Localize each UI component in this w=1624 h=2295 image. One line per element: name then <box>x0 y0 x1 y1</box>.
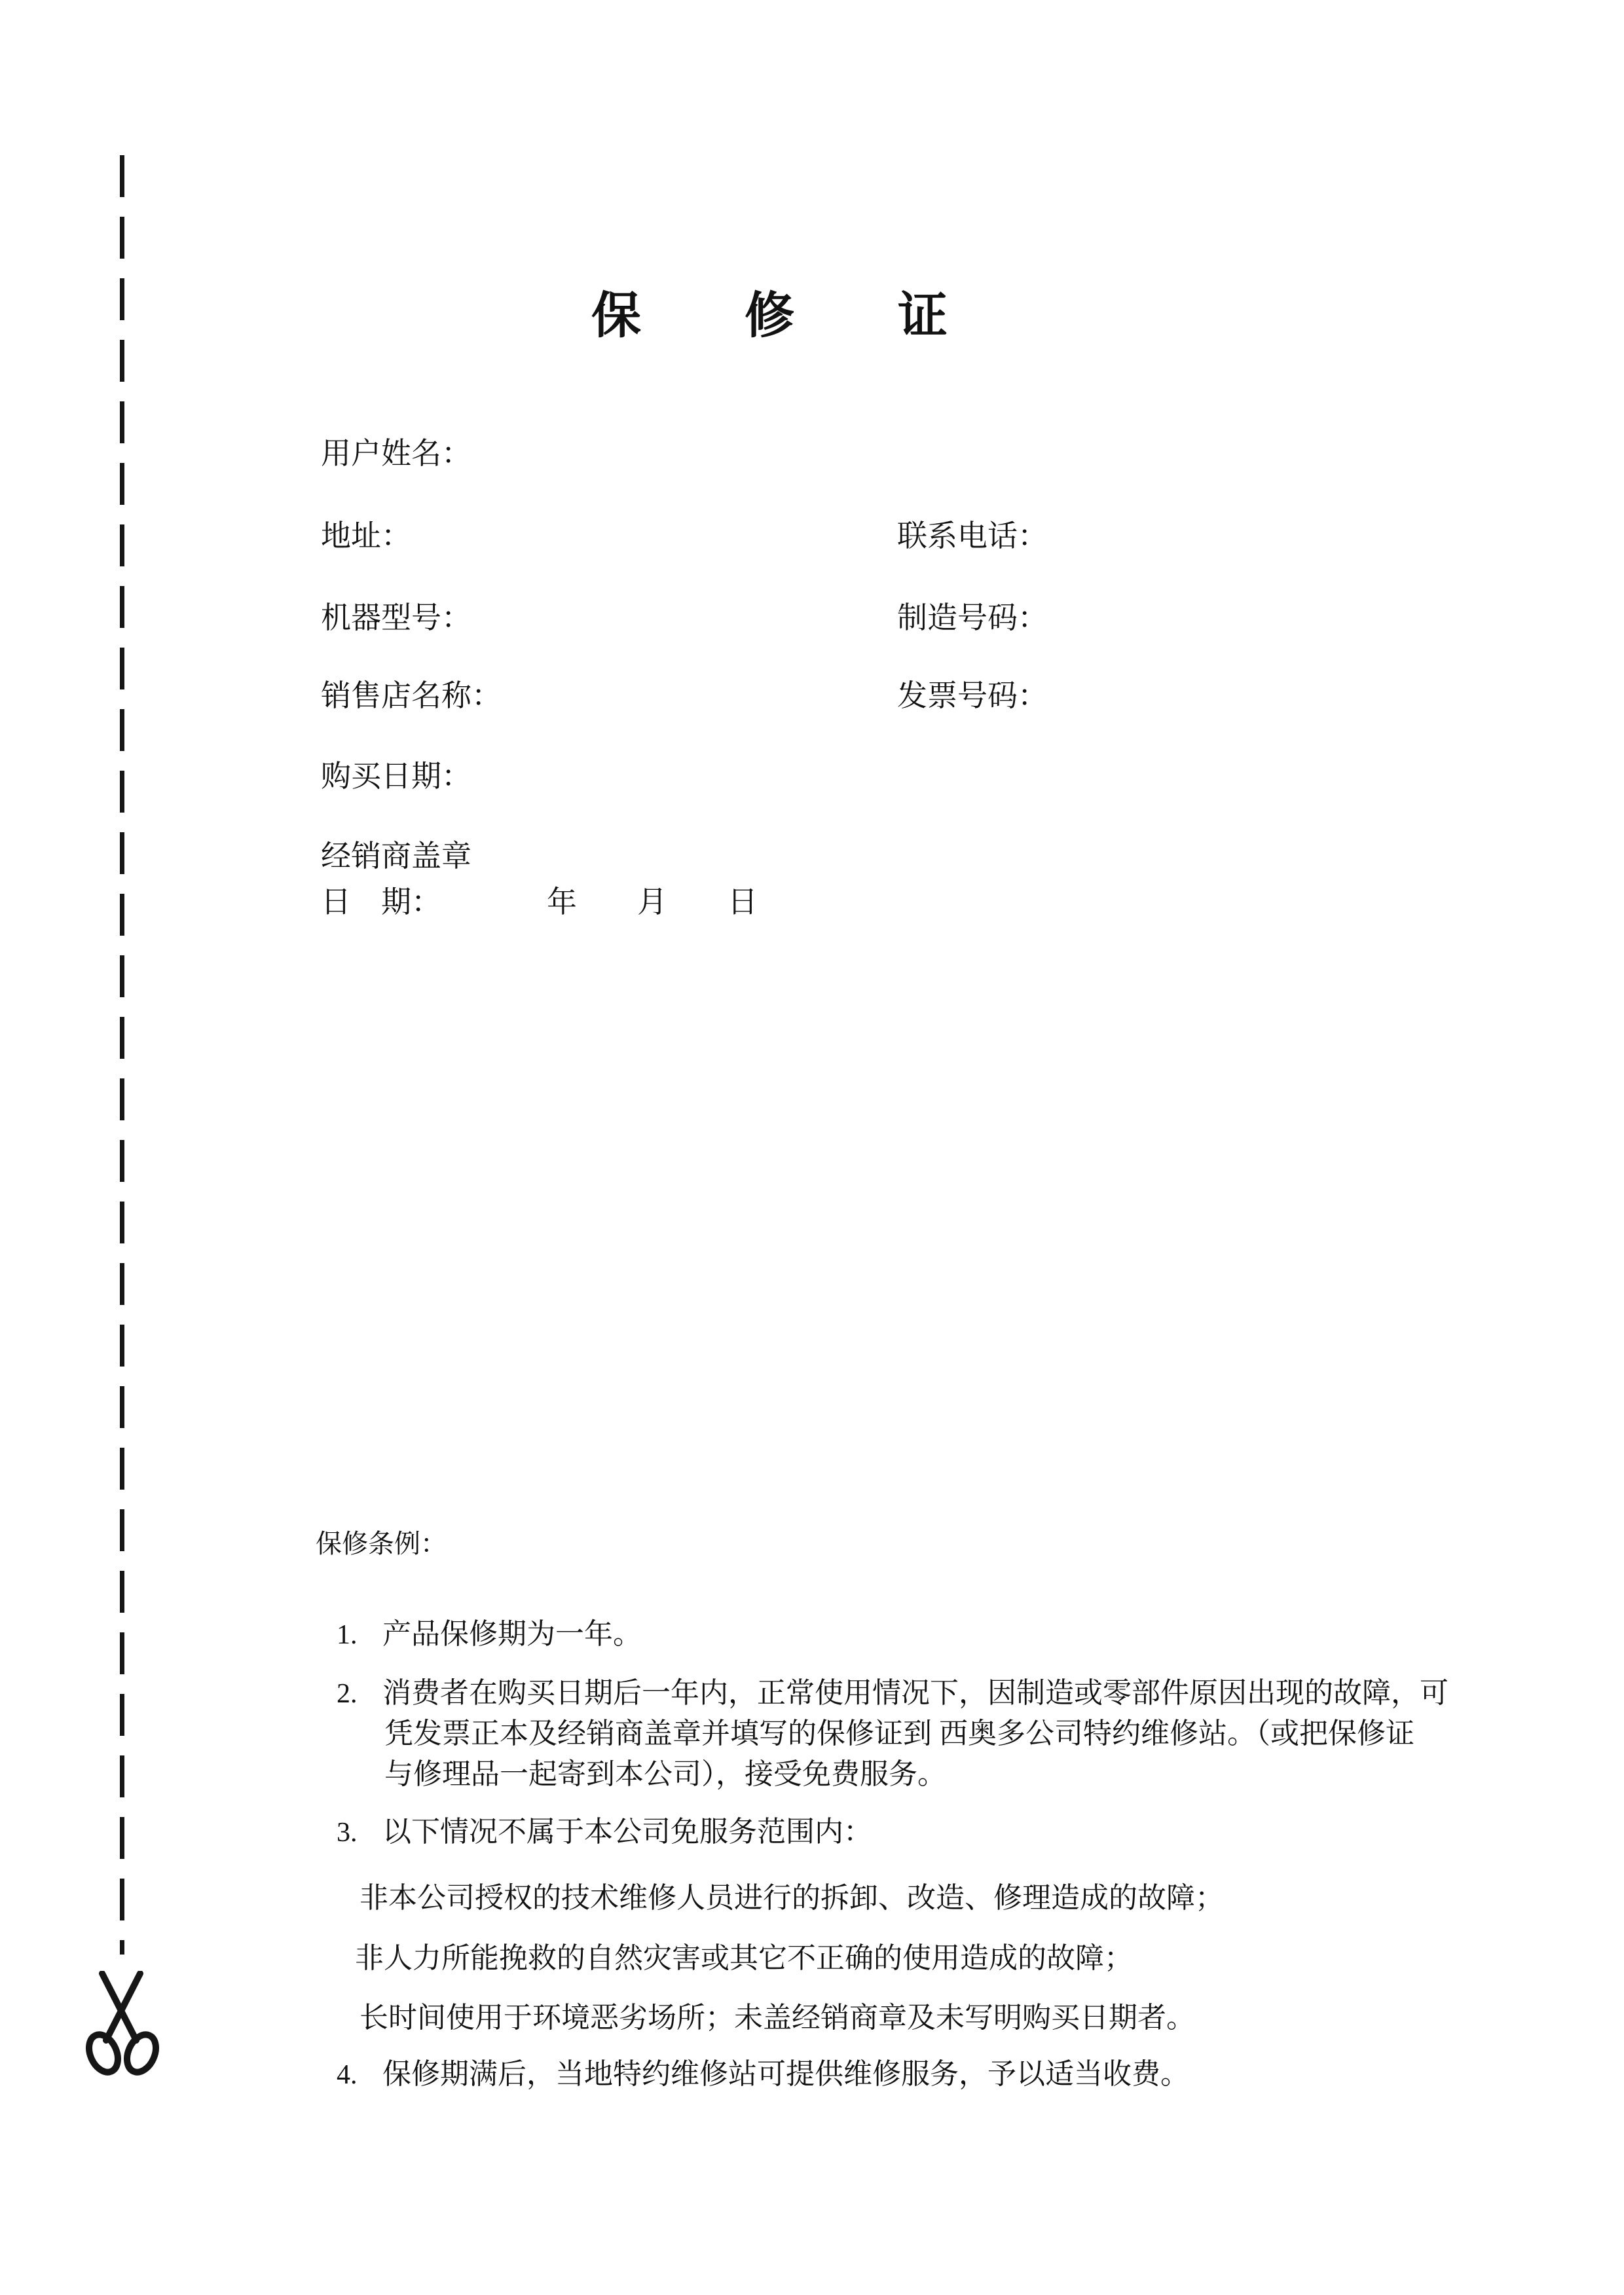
field-label-invoice-number: 发票号码： <box>897 680 1048 713</box>
term-text: 以下情况不属于本公司免服务范围内： <box>382 1816 872 1848</box>
field-label-store-name: 销售店名称： <box>321 680 502 713</box>
page-title: 保 修 证 <box>591 291 949 343</box>
dealer-stamp-label: 经销商盖章 <box>321 840 471 873</box>
field-label-purchase-date: 购买日期： <box>321 760 471 794</box>
field-label-manufacture-number: 制造号码： <box>897 602 1048 635</box>
terms-heading: 保修条例： <box>316 1530 447 1558</box>
term-item-4: 4.保修期满后，当地特约维修站可提供维修服务，予以适当收费。 <box>308 2027 1189 2122</box>
scissors-icon <box>84 1971 161 2077</box>
date-line: 日 期： 年 月 日 <box>321 886 758 919</box>
term-number: 3. <box>337 1818 382 1848</box>
cut-line-dashed <box>120 155 124 1955</box>
term-text: 非本公司授权的技术维修人员进行的拆卸、改造、修理造成的故障； <box>360 1882 1224 1914</box>
field-label-user-name: 用户姓名： <box>321 437 471 471</box>
term-text: 保修期满后，当地特约维修站可提供维修服务，予以适当收费。 <box>382 2058 1189 2090</box>
warranty-certificate-page: 保 修 证 用户姓名： 地址： 联系电话： 机器型号： 制造号码： 销售店名称：… <box>0 0 1624 2295</box>
term-text: 非人力所能挽救的自然灾害或其它不正确的使用造成的故障； <box>355 1942 1133 1974</box>
field-label-address: 地址： <box>321 520 411 553</box>
term-number: 4. <box>337 2060 382 2090</box>
field-label-contact-phone: 联系电话： <box>897 520 1048 553</box>
field-label-machine-model: 机器型号： <box>321 602 471 635</box>
